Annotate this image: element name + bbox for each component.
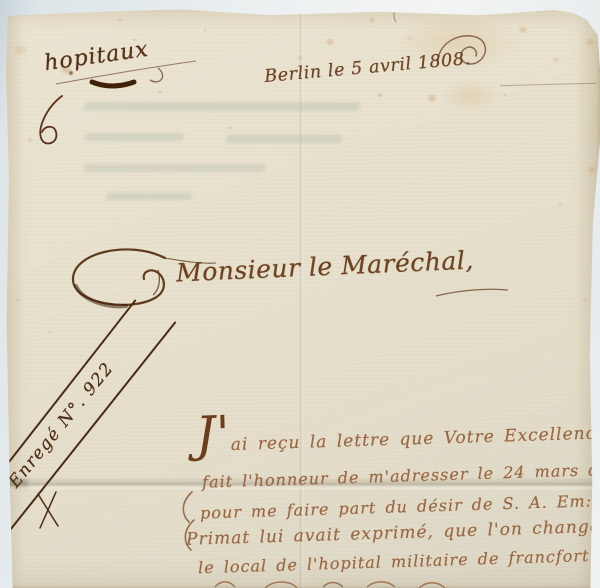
- ink-show-through: [105, 193, 192, 200]
- body-line: J'ai reçu la lettre que Votre Excellence…: [196, 421, 600, 456]
- small-flourish-icon: [388, 2, 418, 24]
- body-line: le local de l'hopital militaire de franc…: [198, 544, 600, 578]
- margin-bracket-icon: [176, 488, 202, 552]
- body-line: Primat lui avait exprimé, que l'on chang…: [186, 516, 600, 550]
- letter-paper: hopitaux Berlin le 5 avril 1808. Monsieu…: [0, 0, 600, 588]
- ink-show-through: [83, 133, 185, 141]
- faint-rule-line: [500, 83, 596, 87]
- underline-flourish-icon: [40, 46, 210, 98]
- registration-number: Enregé N°. 922: [5, 358, 118, 491]
- spiral-flourish-icon: [432, 26, 492, 78]
- trailing-stroke-icon: [436, 286, 510, 300]
- photo-backdrop: hopitaux Berlin le 5 avril 1808. Monsieu…: [0, 0, 600, 588]
- ink-show-through: [83, 164, 267, 172]
- curl-flourish-icon: [34, 92, 80, 150]
- ink-show-through: [225, 135, 343, 143]
- ink-show-through: [83, 102, 361, 111]
- cross-stroke-icon: [34, 486, 66, 532]
- body-line: pour me faire part du désir de S. A. Em:…: [200, 488, 600, 522]
- partial-line-strokes: [205, 578, 465, 588]
